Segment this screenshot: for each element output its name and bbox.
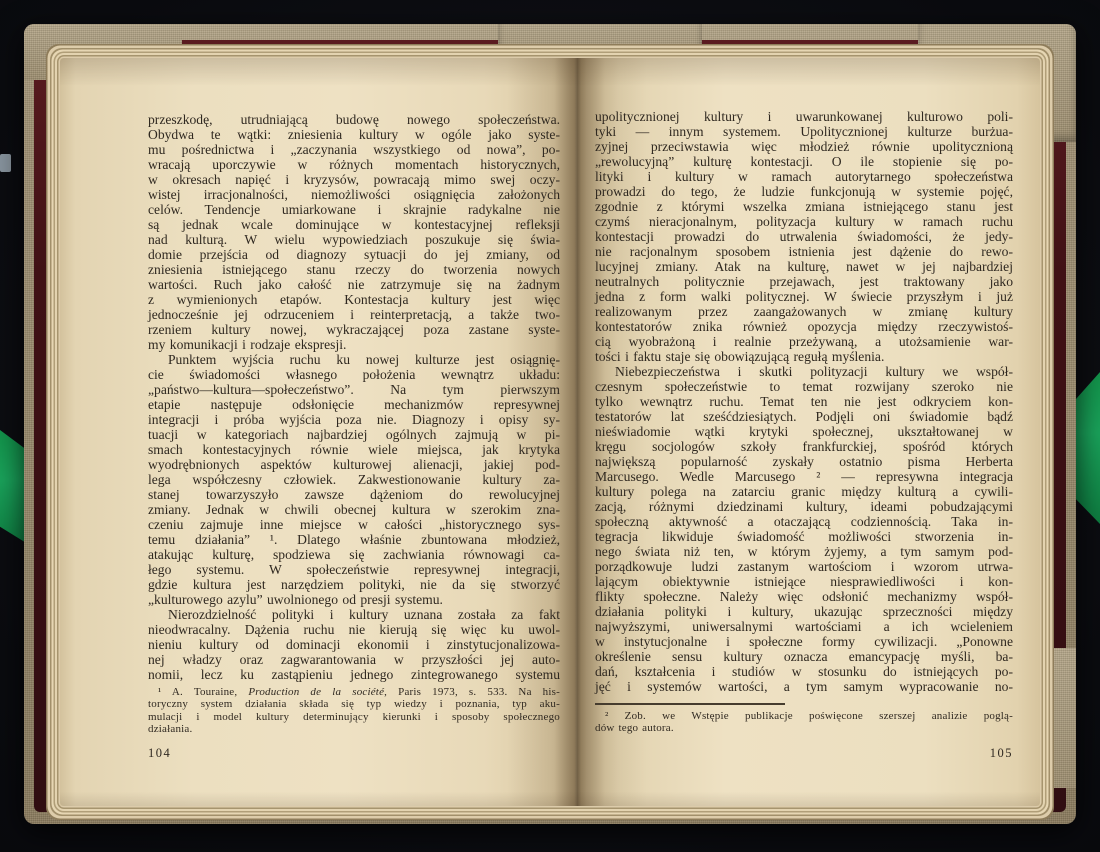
text-line: nej władzy oraz zagwarantowania w przysz… (148, 652, 560, 667)
text-line: Niebezpieczeństwa i skutki polityzacji k… (595, 364, 1013, 379)
text-line: lucyjnej zmiany. Atak na kulturę, nawet … (595, 259, 1013, 274)
text-line: gdzie kultura jest narzędziem polityki, … (148, 577, 560, 592)
text-line: cie świadomości własnego położenia wewną… (148, 367, 560, 382)
text-line: określenie sensu kultury oznacza emancyp… (595, 649, 1013, 664)
text-line: nieodwracalny. Dążenia ruchu nie kierują… (148, 622, 560, 637)
text-line: nego świata niż ten, w którym żyjemy, a … (595, 544, 1013, 559)
text-line: tuacji w kategoriach najbardziej ogólnyc… (148, 427, 560, 442)
text-line: tyki — innym systemem. Upolitycznionej k… (595, 124, 1013, 139)
text-line: rzeniem kultury nowej, wykraczającej poz… (148, 322, 560, 337)
right-page-number: 105 (595, 746, 1013, 760)
text-line: lityki i kultury w ramach autorytarnego … (595, 169, 1013, 184)
text-line: z wymienionych etapów. Kontestacja kultu… (148, 292, 560, 307)
text-line: neutralnych politycznie przejawach, jest… (595, 274, 1013, 289)
text-line: czesnym społeczeństwie to temat rozwijan… (595, 379, 1013, 394)
right-page-text: upolitycznionej kultury i uwarunkowanej … (595, 109, 1013, 760)
text-line: porządkowuje ludzi zastanym wartościom i… (595, 559, 1013, 574)
left-page-text: przeszkodę, utrudniającą budowę nowego s… (148, 112, 560, 760)
footnote-rule (595, 703, 785, 705)
text-line: łego systemu. W społeczeństwie represywn… (148, 562, 560, 577)
edge-mark (0, 154, 11, 172)
text-line: my komunikacji i rodzaje ekspresji. (148, 337, 560, 352)
text-line: celów. Tendencje umiarkowane i skrajnie … (148, 202, 560, 217)
text-line: czymś nieracjonalnym, polityzacja kultur… (595, 214, 1013, 229)
text-line: „państwo—kultura—społeczeństwo”. Na tym … (148, 382, 560, 397)
text-line: tylko wewnątrz ruchu. Temat ten nie jest… (595, 394, 1013, 409)
left-page-footnote: ¹ A. Touraine, Production de la société,… (148, 686, 560, 735)
text-line: upolitycznionej kultury i uwarunkowanej … (595, 109, 1013, 124)
text-line: zacją, różnymi dziedzinami kultury, idea… (595, 499, 1013, 514)
text-line: przeszkodę, utrudniającą budowę nowego s… (148, 112, 560, 127)
text-line: zyjnej przeciwstawia więc młodzież równi… (595, 139, 1013, 154)
text-line: toryczny system działania składa się typ… (148, 698, 560, 710)
text-line: mu pośrednictwa i „zaczynania wszystkieg… (148, 142, 560, 157)
text-line: najwyższymi, uniwersalnymi wartościami a… (595, 619, 1013, 634)
text-line: flikty społeczne. Należy więc odsłonić m… (595, 589, 1013, 604)
left-page-number: 104 (148, 746, 560, 760)
book-photo: przeszkodę, utrudniającą budowę nowego s… (0, 0, 1100, 852)
text-line: nad kulturą. W wielu wypowiedziach poszu… (148, 232, 560, 247)
text-line: lającym obiektywnie istniejące niesprawi… (595, 574, 1013, 589)
text-line: nieniu kultury od dominacji ekonomii i z… (148, 637, 560, 652)
text-line: największą popularność zyskały ostatnio … (595, 454, 1013, 469)
text-line: realizowanym przez zaangażowanych w zmia… (595, 304, 1013, 319)
cover-edge-bottom-right (1034, 648, 1076, 788)
text-line: dań, kształcenia i studiów w stosunku do… (595, 664, 1013, 679)
text-line: cią wyobrażoną i realnie przeżywaną, a u… (595, 334, 1013, 349)
text-line: kultury polega na zatarciu granic między… (595, 484, 1013, 499)
text-line: kontestatorów znika również opozycja mię… (595, 319, 1013, 334)
text-line: działania. (148, 723, 560, 735)
text-line: kontestacji prowadzi do utrwalenia świad… (595, 229, 1013, 244)
text-line: Punktem wyjścia ruchu ku nowej kulturze … (148, 352, 560, 367)
text-line: testatorów lat sześćdziesiątych. Podjęli… (595, 409, 1013, 424)
text-line: etapie następuje odsłonięcie mechanizmów… (148, 397, 560, 412)
text-line: mulacji i model kultury determinujący ki… (148, 711, 560, 723)
text-line: Obydwa te wątki: zniesienia kultury w og… (148, 127, 560, 142)
text-line: tości i faktu staje się obowiązującą reg… (595, 349, 1013, 364)
text-line: nieświadomie wątki krytyki społecznej, u… (595, 424, 1013, 439)
text-line: tegracja likwiduje świadomość możliwości… (595, 529, 1013, 544)
text-line: jęć i systemów wartości, a tym samym wyp… (595, 679, 1013, 694)
text-line: kręgu socjologów szkoły frankfurckiej, s… (595, 439, 1013, 454)
text-line: działania polityki i kultury, ukazując s… (595, 604, 1013, 619)
left-page-body: przeszkodę, utrudniającą budowę nowego s… (148, 112, 560, 682)
text-line: stanej towarzyszyło zawsze dążeniom do r… (148, 487, 560, 502)
text-line: w instytucjonalne i społeczne formy cywi… (595, 634, 1013, 649)
text-line: „kulturowego azylu” uwolnionego od presj… (148, 592, 560, 607)
text-line: zmiany. Jednak w chwili obecnej kultura … (148, 502, 560, 517)
text-line: wyodrębnionych aspektów kulturowej alien… (148, 457, 560, 472)
text-line: Marcusego. Wedle Marcusego ² — represywn… (595, 469, 1013, 484)
text-line: „rewolucyjną” kulturę kontestacji. O ile… (595, 154, 1013, 169)
text-line: Nierozdzielność polityki i kultury uznan… (148, 607, 560, 622)
text-line: społeczną aktywność a otaczającą codzien… (595, 514, 1013, 529)
text-line: czeniu zajmuje inne miejsce w całości „h… (148, 517, 560, 532)
text-line: nie racjonalnym sposobem istnienia jest … (595, 244, 1013, 259)
text-line: jedna z form walki politycznej. W świeci… (595, 289, 1013, 304)
text-line: wartości. Ruch jako całość nie zatrzymuj… (148, 277, 560, 292)
text-line: ¹ A. Touraine, Production de la société,… (148, 686, 560, 698)
text-line: zgodnie z którymi wszelka zmiana istniej… (595, 199, 1013, 214)
text-line: prowadzi do tego, że ludzie funkcjonują … (595, 184, 1013, 199)
text-line: dów tego autora. (595, 722, 1013, 734)
text-line: domie przejścia od diagnozy sytuacji do … (148, 247, 560, 262)
text-line: wistej irracjonalności, niemożliwości os… (148, 187, 560, 202)
page-block: przeszkodę, utrudniającą budowę nowego s… (60, 58, 1040, 806)
text-line: ² Zob. we Wstępie publikacje poświęcone … (595, 710, 1013, 722)
text-line: lega współczesny człowiek. Zakwestionowa… (148, 472, 560, 487)
text-line: integracji i próba wyjścia poza nie. Dia… (148, 412, 560, 427)
right-page-body: upolitycznionej kultury i uwarunkowanej … (595, 109, 1013, 694)
text-line: nomii, lecz ku zastąpieniu jednego zinte… (148, 667, 560, 682)
text-line: jednocześnie jej odrzuceniem i reinterpr… (148, 307, 560, 322)
text-line: smach kontestacyjnych równie wiele miejs… (148, 442, 560, 457)
text-line: temu działania” ¹. Dlatego właśnie zbunt… (148, 532, 560, 547)
text-line: wracają uporczywie w różnych momentach h… (148, 157, 560, 172)
right-page-footnote: ² Zob. we Wstępie publikacje poświęcone … (595, 710, 1013, 735)
text-line: są jednak wcale dominujące w kontestacyj… (148, 217, 560, 232)
text-line: atakując kulturę, spodziewa się zachwian… (148, 547, 560, 562)
text-line: w okresach napięć i kryzysów, powracają … (148, 172, 560, 187)
text-line: zniesienia istniejącego stanu rzeczy do … (148, 262, 560, 277)
